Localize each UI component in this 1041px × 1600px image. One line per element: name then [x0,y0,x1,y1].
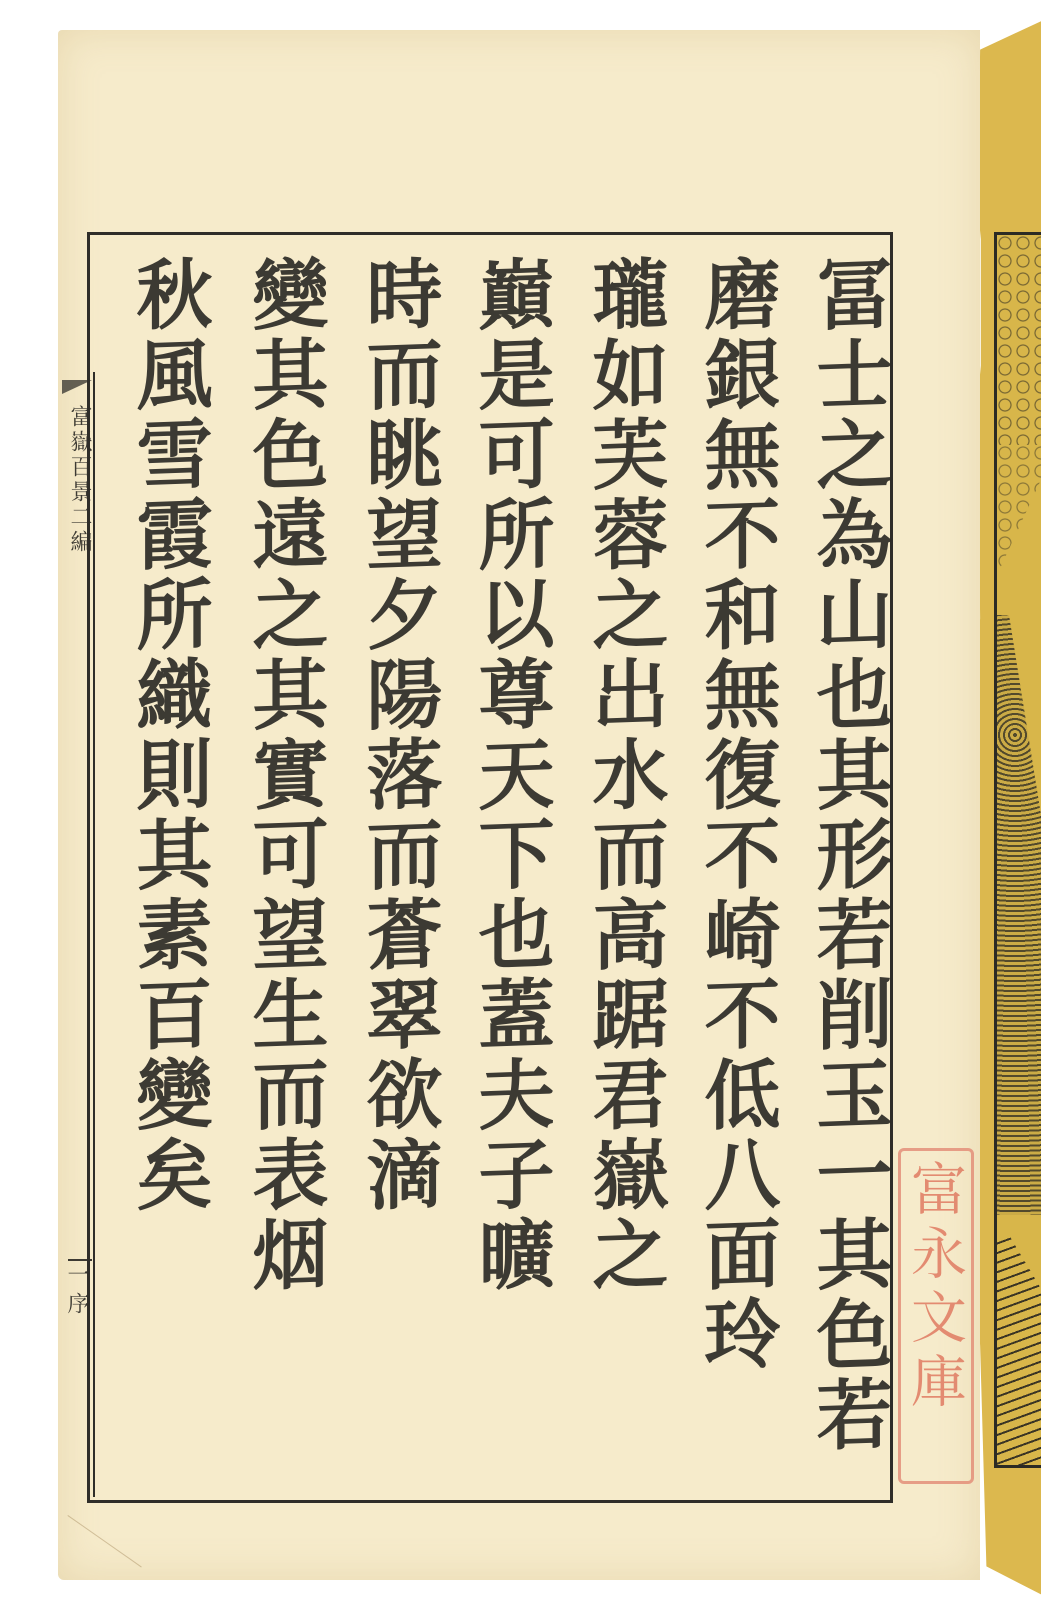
collector-seal-text: 富永文庫 [906,1160,962,1416]
text-column-1: 冨士之為山也其形若削玉一其色若 [800,253,896,1486]
cover-illustration [994,232,1041,1468]
text-column-2: 磨銀無不和無復不崎不低八面玲 [688,253,784,1486]
text-column-5: 時而眺望夕陽落而蒼翠欲滴 [350,253,446,1486]
text-column-3: 瓏如芙蓉之出水而高踞君嶽之 [576,253,672,1486]
text-column-7: 秋風雪霞所織則其素百變矣 [120,253,216,1486]
wave-pattern-icon [997,1235,1041,1465]
text-column-4: 巔是可所以尊天下也蓋夫子曠 [462,253,558,1486]
pine-foliage-icon [997,615,1041,1215]
cloud-pattern-icon [997,445,1041,575]
text-column-6: 變其色遠之其實可望生而表烟 [236,253,332,1486]
cloud-pattern-icon [997,235,1041,445]
